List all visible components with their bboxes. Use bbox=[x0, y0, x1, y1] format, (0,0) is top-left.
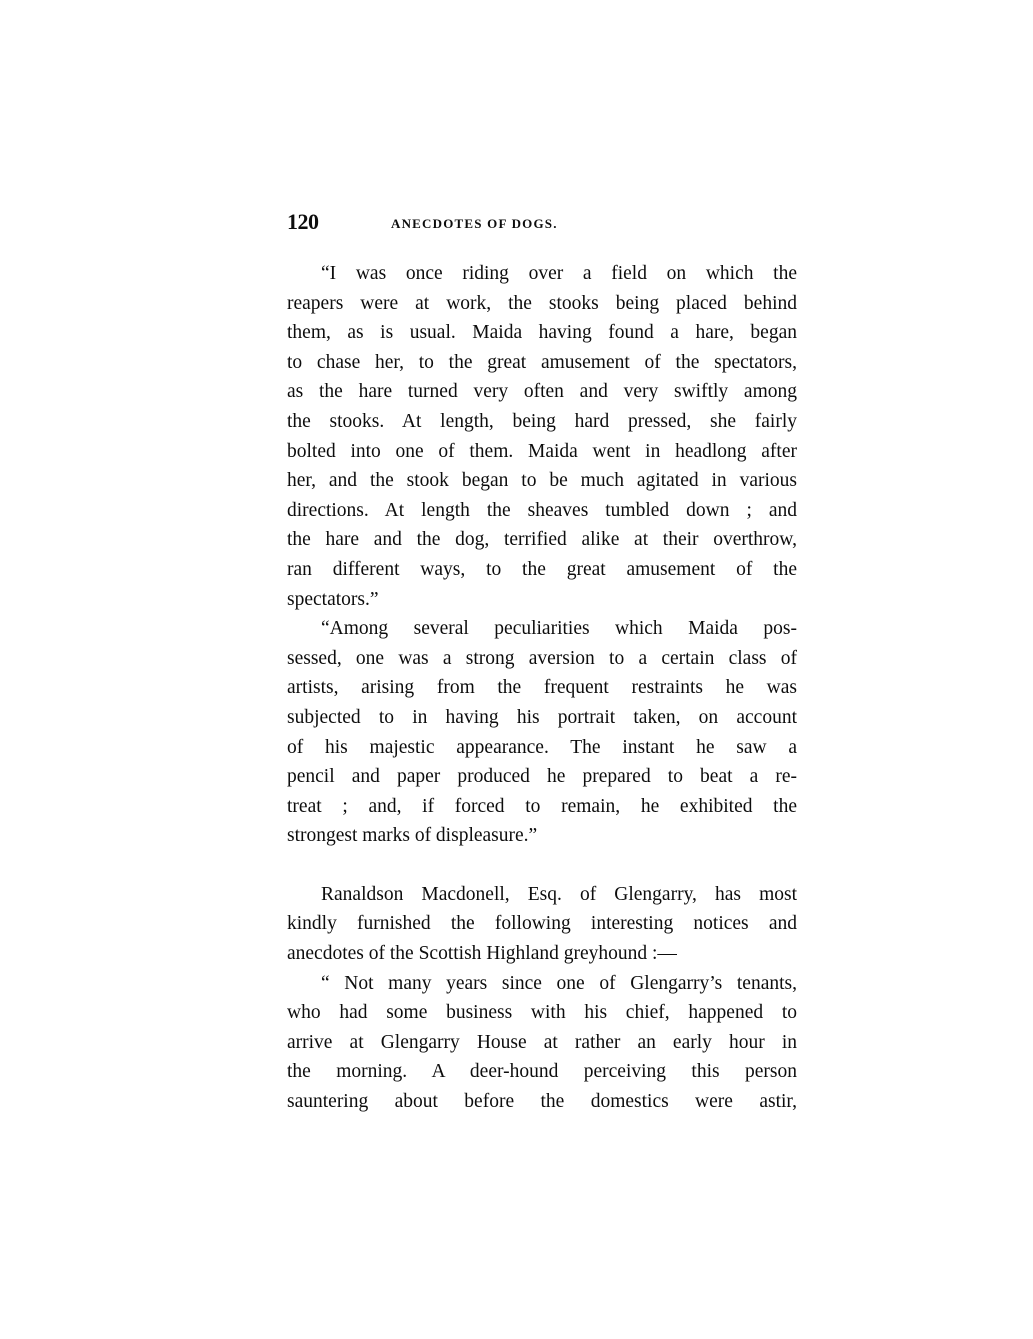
text-line: arrive at Glengarry House at rather an e… bbox=[287, 1028, 797, 1058]
text-line: them, as is usual. Maida having found a … bbox=[287, 318, 797, 348]
text-line: to chase her, to the great amusement of … bbox=[287, 348, 797, 378]
paragraph-glengarry-intro: Ranaldson Macdonell, Esq. of Glengarry, … bbox=[287, 880, 797, 969]
page-number: 120 bbox=[287, 209, 319, 235]
text-line: ran different ways, to the great amuseme… bbox=[287, 555, 797, 585]
text-line: subjected to in having his portrait take… bbox=[287, 703, 797, 733]
book-page: 120 ANECDOTES OF DOGS. “I was once ridin… bbox=[287, 205, 797, 1117]
running-head: 120 ANECDOTES OF DOGS. bbox=[287, 205, 797, 235]
text-line: of his majestic appearance. The instant … bbox=[287, 733, 797, 763]
section-gap bbox=[287, 851, 797, 880]
paragraph-maida-artists: “Among several peculiarities which Maida… bbox=[287, 614, 797, 851]
text-line: artists, arising from the frequent restr… bbox=[287, 673, 797, 703]
text-line: treat ; and, if forced to remain, he exh… bbox=[287, 792, 797, 822]
text-line: sessed, one was a strong aversion to a c… bbox=[287, 644, 797, 674]
paragraph-maida-hare: “I was once riding over a field on which… bbox=[287, 259, 797, 614]
text-line: the hare and the dog, terrified alike at… bbox=[287, 525, 797, 555]
paragraph-deer-hound: “ Not many years since one of Glengarry’… bbox=[287, 969, 797, 1117]
text-line: bolted into one of them. Maida went in h… bbox=[287, 437, 797, 467]
text-line: strongest marks of displeasure.” bbox=[287, 821, 797, 851]
text-line: “Among several peculiarities which Maida… bbox=[287, 614, 797, 644]
running-title: ANECDOTES OF DOGS. bbox=[391, 216, 558, 232]
text-line: the morning. A deer-hound perceiving thi… bbox=[287, 1057, 797, 1087]
text-line: her, and the stook began to be much agit… bbox=[287, 466, 797, 496]
text-line: reapers were at work, the stooks being p… bbox=[287, 289, 797, 319]
text-line: directions. At length the sheaves tumble… bbox=[287, 496, 797, 526]
text-line: spectators.” bbox=[287, 585, 797, 615]
body-text: “I was once riding over a field on which… bbox=[287, 259, 797, 1117]
text-line: who had some business with his chief, ha… bbox=[287, 998, 797, 1028]
text-line: Ranaldson Macdonell, Esq. of Glengarry, … bbox=[287, 880, 797, 910]
text-line: as the hare turned very often and very s… bbox=[287, 377, 797, 407]
text-line: “ Not many years since one of Glengarry’… bbox=[287, 969, 797, 999]
text-line: sauntering about before the domestics we… bbox=[287, 1087, 797, 1117]
text-line: the stooks. At length, being hard presse… bbox=[287, 407, 797, 437]
text-line: “I was once riding over a field on which… bbox=[287, 259, 797, 289]
text-line: kindly furnished the following interesti… bbox=[287, 909, 797, 939]
text-line: pencil and paper produced he prepared to… bbox=[287, 762, 797, 792]
text-line: anecdotes of the Scottish Highland greyh… bbox=[287, 939, 797, 969]
